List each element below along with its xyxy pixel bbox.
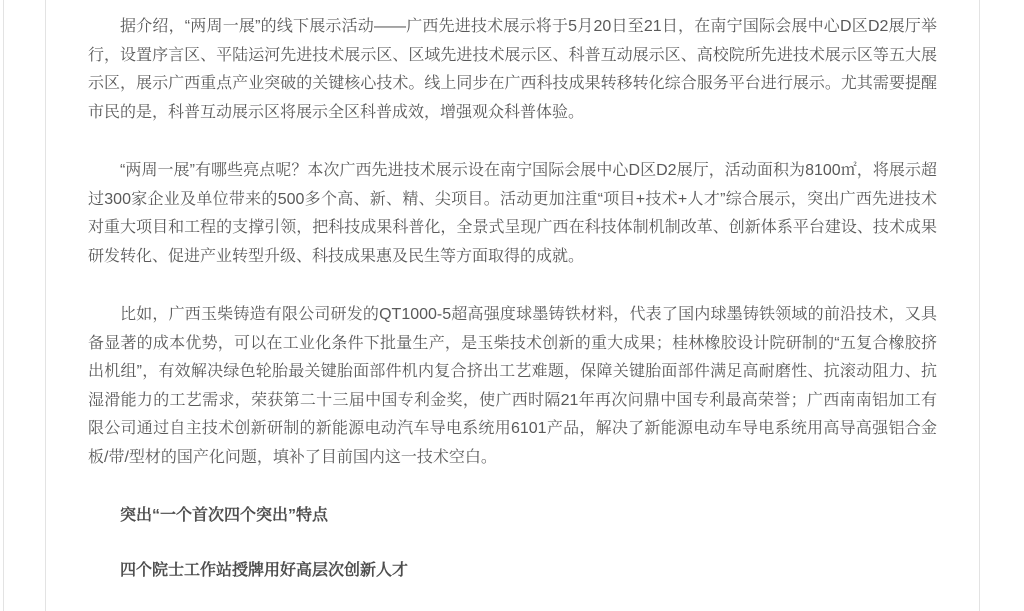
article-content-column: 据介绍，“两周一展”的线下展示活动——广西先进技术展示将于5月20日至21日，在… bbox=[45, 0, 980, 611]
article-paragraph-highlights: “两周一展”有哪些亮点呢？本次广西先进技术展示设在南宁国际会展中心D区D2展厅，… bbox=[88, 157, 937, 271]
left-edge-divider bbox=[3, 0, 4, 611]
article-page: 据介绍，“两周一展”的线下展示活动——广西先进技术展示将于5月20日至21日，在… bbox=[0, 0, 1024, 611]
article-paragraph-intro: 据介绍，“两周一展”的线下展示活动——广西先进技术展示将于5月20日至21日，在… bbox=[88, 13, 937, 127]
article-subheading-academicians: 四个院士工作站授牌用好高层次创新人才 bbox=[88, 557, 937, 586]
article-paragraph-examples: 比如，广西玉柴铸造有限公司研发的QT1000-5超高强度球墨铸铁材料，代表了国内… bbox=[88, 301, 937, 472]
article-subheading-features: 突出“一个首次四个突出”特点 bbox=[88, 502, 937, 531]
article-body: 据介绍，“两周一展”的线下展示活动——广西先进技术展示将于5月20日至21日，在… bbox=[46, 0, 979, 585]
